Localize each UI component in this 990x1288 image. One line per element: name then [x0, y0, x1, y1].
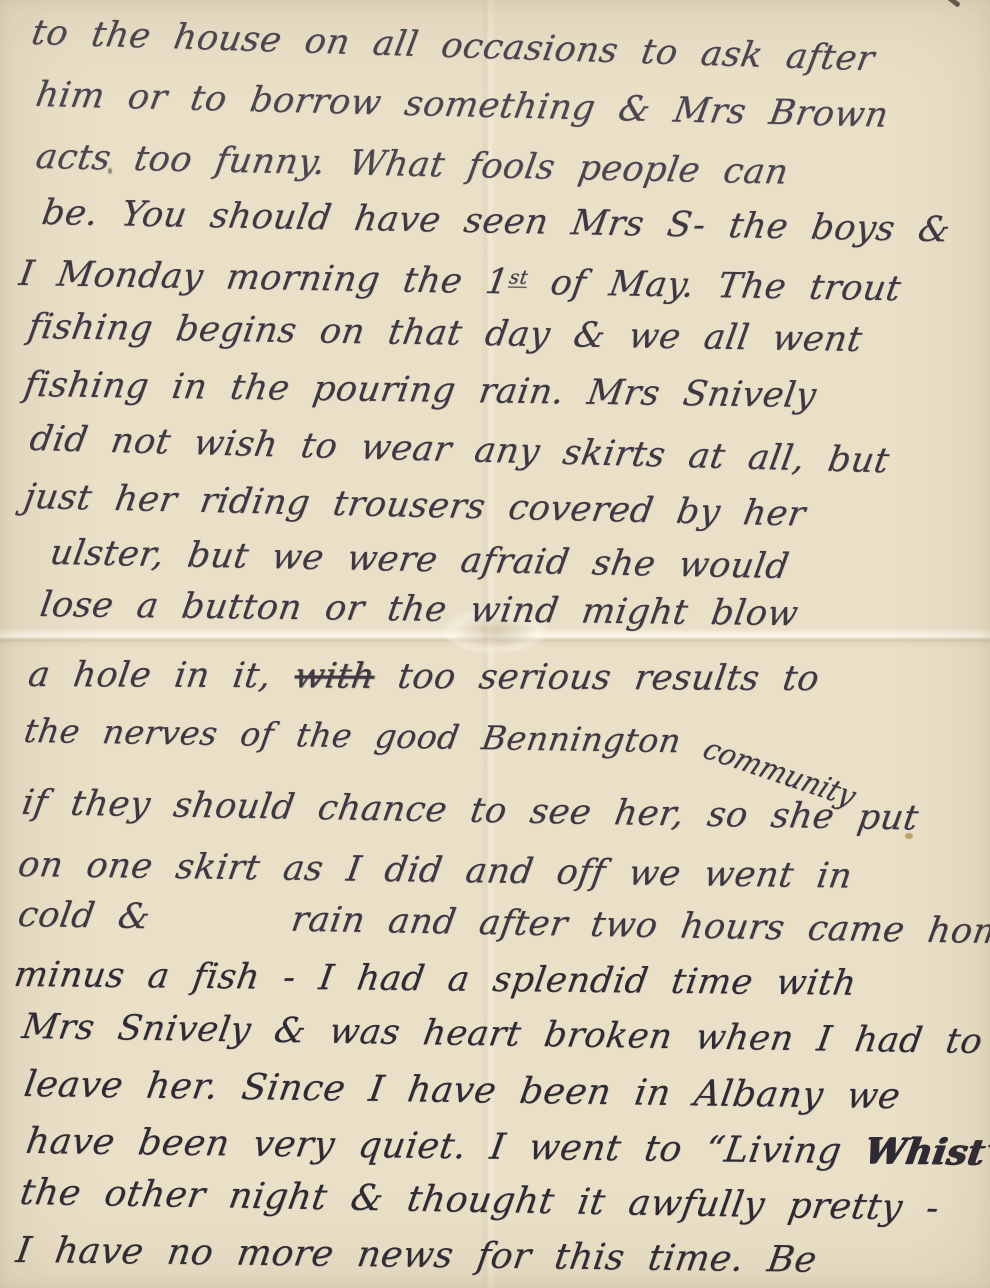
handwriting-line: him or to borrow something & Mrs Brown: [32, 72, 891, 139]
line-text: the nerves of the good Bennington: [21, 711, 706, 761]
line-text: a hole in it,: [26, 655, 298, 696]
handwriting-line: be. You should have seen Mrs S- the boys…: [39, 190, 954, 253]
line-text: I Monday morning the 1: [16, 254, 511, 302]
handwriting-line: acts too funny. What fools people can: [33, 134, 792, 196]
handwriting-line: I have no more news for this time. Be: [13, 1228, 820, 1284]
handwriting-line: ulster, but we were afraid she would: [47, 530, 793, 590]
handwriting-line: to the house on all occasions to ask aft…: [28, 10, 878, 82]
handwriting-line: I Monday morning the 1st of May. The tro…: [16, 246, 905, 312]
handwriting-line: did not wish to wear any skirts at all, …: [26, 416, 892, 484]
handwriting-line: Mrs Snively & was heart broken when I ha…: [19, 1004, 986, 1065]
handwriting-line: fishing begins on that day & we all went: [25, 304, 866, 363]
handwriting-line: lose a button or the wind might blow: [37, 582, 802, 637]
handwriting-line: cold & rain and after two hours came hom…: [15, 892, 990, 955]
handwriting-line: a hole in it, with too serious results t…: [25, 652, 822, 702]
handwriting-line: the nerves of the good Bennington commun…: [21, 708, 871, 768]
line-text: have been very quiet. I went to “Living: [23, 1121, 868, 1172]
line-text: too serious results to: [372, 657, 823, 699]
handwriting-line: minus a fish - I had a splendid time wit…: [11, 952, 860, 1007]
line-text: of May. The trout: [524, 263, 904, 309]
handwriting-line: have been very quiet. I went to “Living …: [23, 1118, 990, 1177]
handwriting-line: the other night & thought it awfully pre…: [17, 1170, 943, 1232]
handwriting-line: just her riding trousers covered by her: [20, 474, 808, 538]
letter-page: to the house on all occasions to ask aft…: [0, 0, 990, 1288]
overwritten-word: Whist: [862, 1130, 988, 1173]
handwriting-line: on one skirt as I did and off we went in: [15, 842, 856, 900]
handwriting-line: fishing in the pouring rain. Mrs Snively: [21, 362, 820, 419]
edge-crease-mark: [944, 0, 960, 8]
handwriting-line: leave her. Since I have been in Albany w…: [21, 1062, 904, 1120]
crossed-out-word: with: [292, 656, 378, 696]
